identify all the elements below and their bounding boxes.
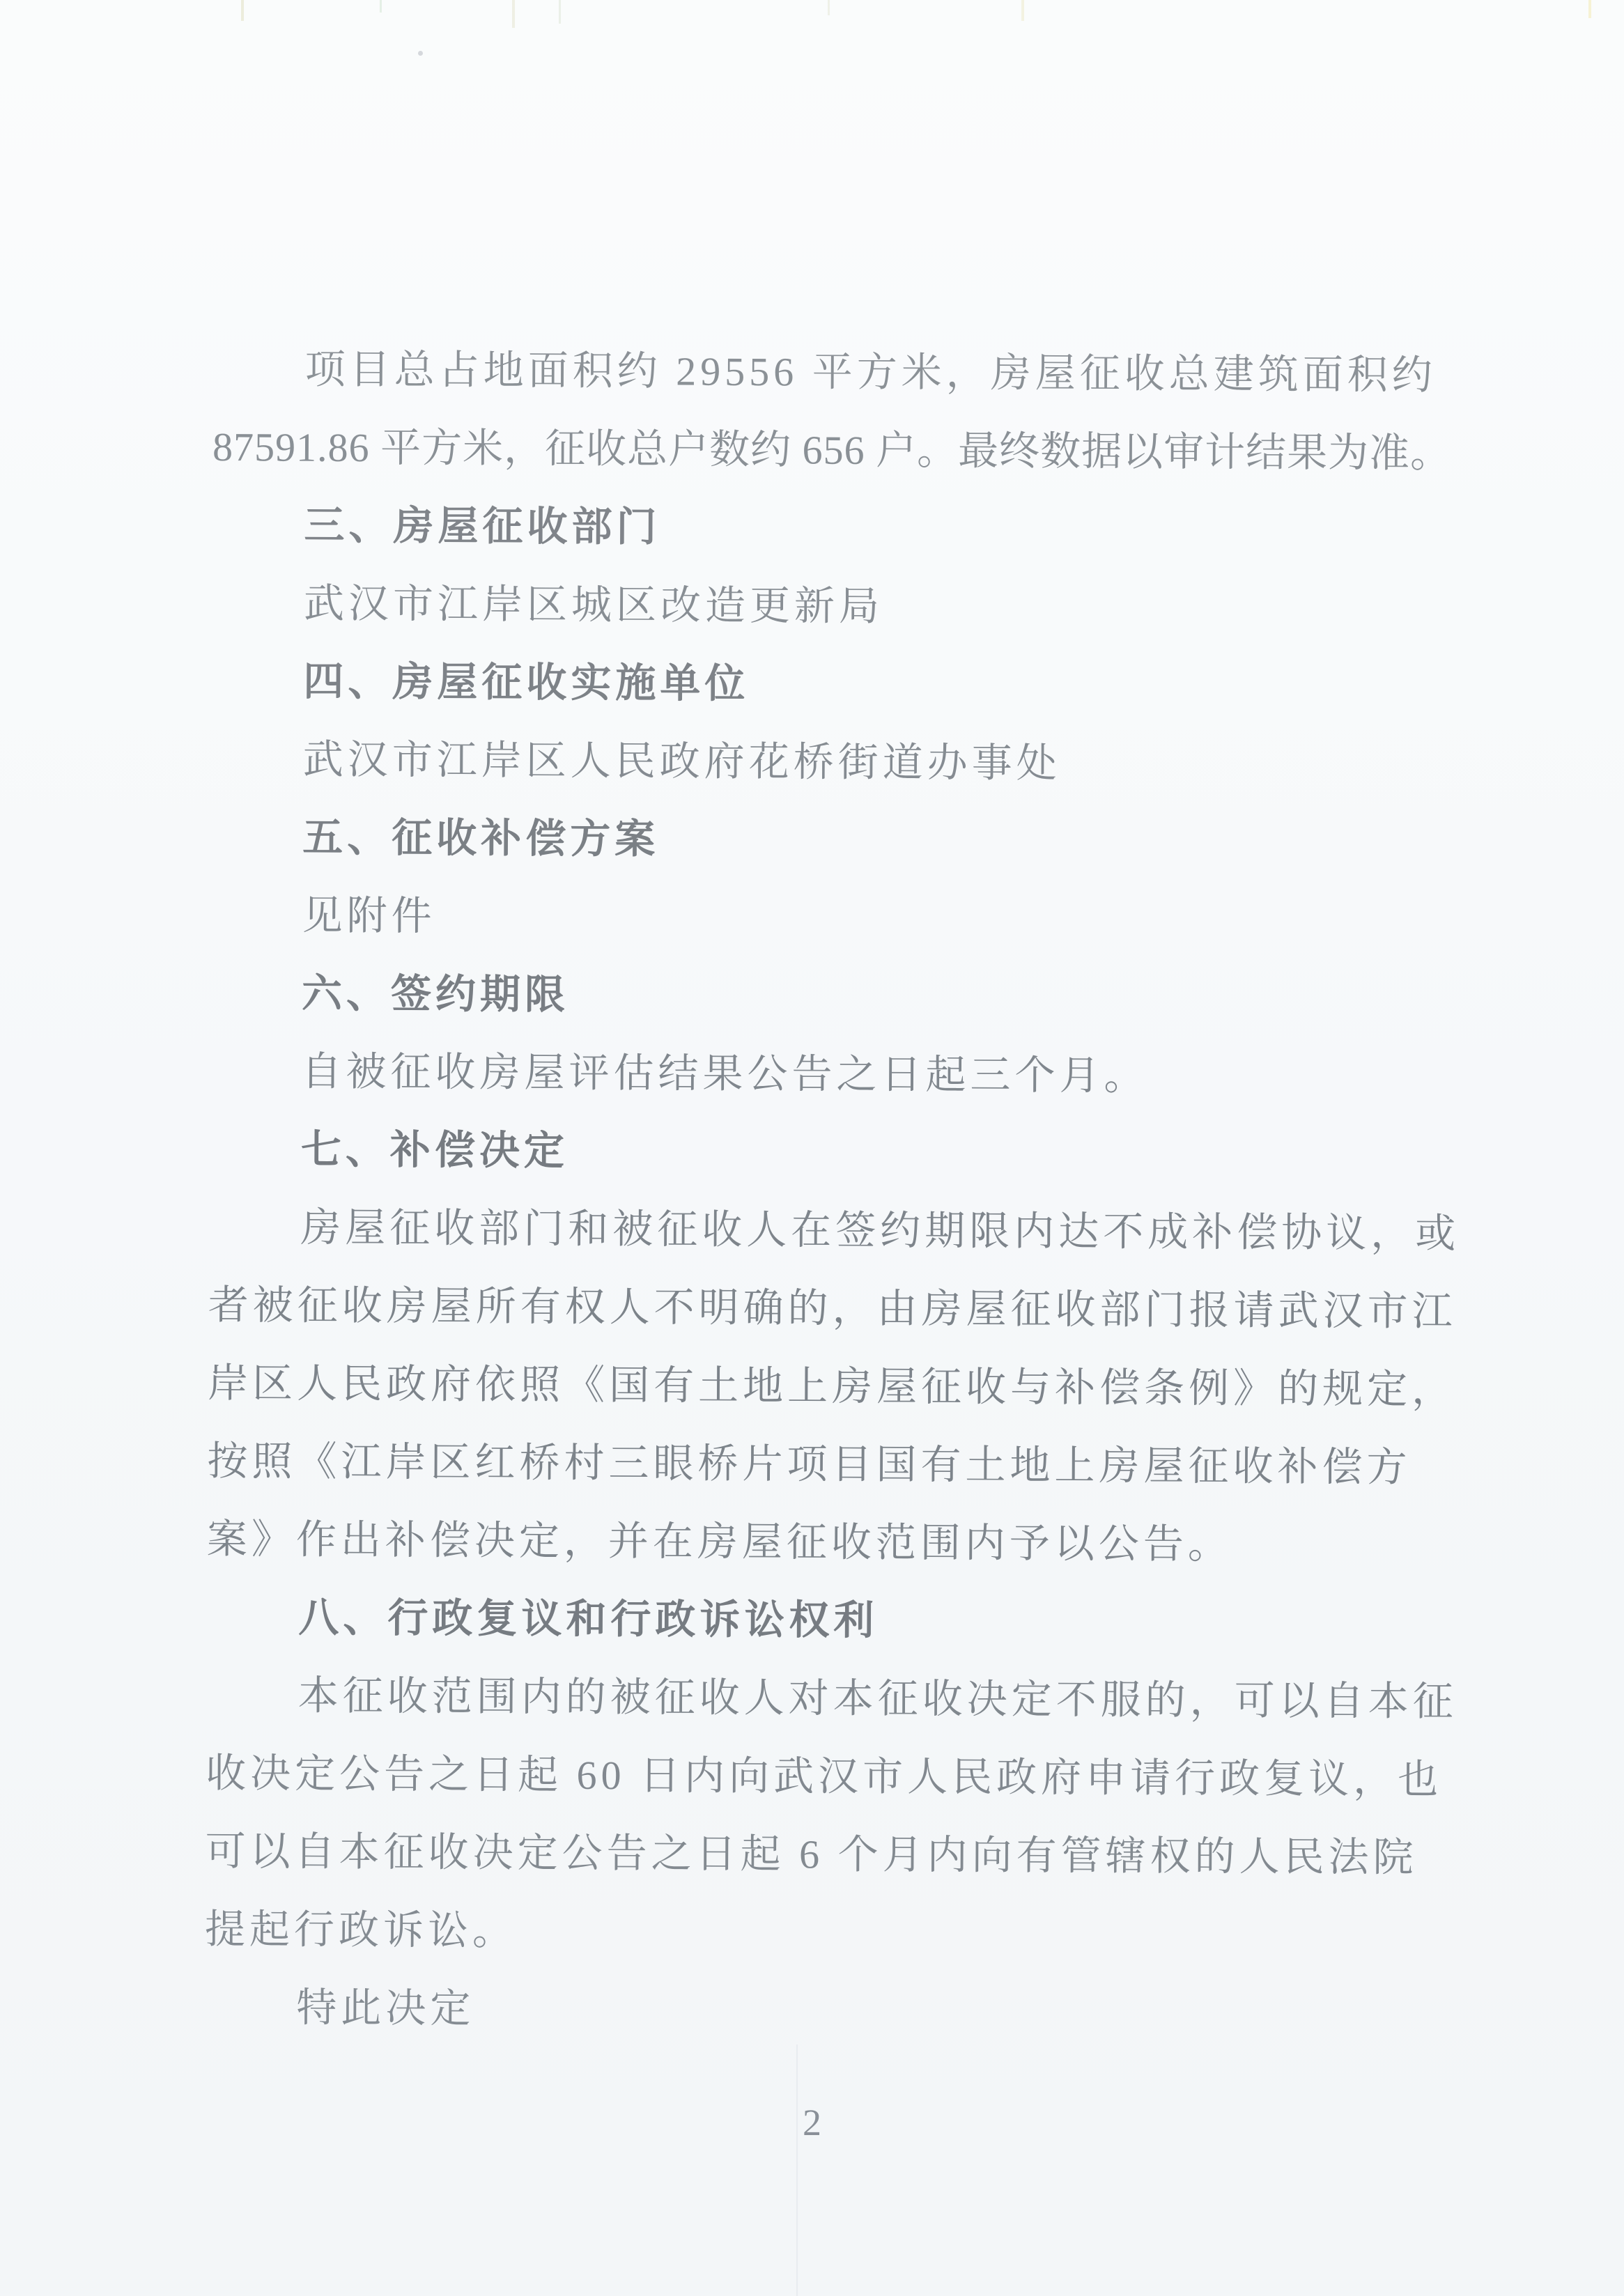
scan-noise-tick bbox=[559, 0, 561, 24]
paragraph-line: 者被征收房屋所有权人不明确的，由房屋征收部门报请武汉市江 bbox=[208, 1266, 1455, 1351]
paragraph-line: 收决定公告之日起 60 日内向武汉市人民政府申请行政复议，也 bbox=[206, 1735, 1453, 1819]
scan-noise-speck bbox=[418, 51, 423, 56]
page-number: 2 bbox=[0, 2084, 1624, 2161]
scan-noise-tick bbox=[1021, 0, 1024, 21]
section-heading: 七、补偿决定 bbox=[209, 1110, 1457, 1195]
paragraph-line: 87591.86 平方米，征收总户数约 656 户。最终数据以审计结果为准。 bbox=[212, 408, 1460, 492]
paragraph-line: 武汉市江岸区人民政府花桥街道办事处 bbox=[210, 720, 1458, 805]
paragraph-line: 案》作出补偿决定，并在房屋征收范围内予以公告。 bbox=[207, 1500, 1455, 1585]
section-heading: 五、征收补偿方案 bbox=[210, 798, 1458, 883]
paragraph-line: 特此决定 bbox=[204, 1969, 1452, 2053]
paragraph-line: 提起行政诉讼。 bbox=[205, 1891, 1453, 1975]
paragraph-line: 岸区人民政府依照《国有土地上房屋征收与补偿条例》的规定， bbox=[208, 1344, 1455, 1429]
scanned-document-page: 项目总占地面积约 29556 平方米，房屋征收总建筑面积约 87591.86 平… bbox=[0, 0, 1624, 2296]
scan-noise-tick bbox=[828, 0, 830, 15]
scan-noise-tick bbox=[380, 0, 382, 13]
section-heading: 六、签约期限 bbox=[210, 954, 1457, 1039]
scan-noise-tick bbox=[512, 0, 515, 28]
paragraph-line: 房屋征收部门和被征收人在签约期限内达不成补偿协议，或 bbox=[208, 1188, 1456, 1273]
scan-noise-streak bbox=[796, 2045, 798, 2296]
document-body: 项目总占地面积约 29556 平方米，房屋征收总建筑面积约 87591.86 平… bbox=[204, 330, 1460, 2053]
paragraph-line: 见附件 bbox=[210, 876, 1457, 961]
paragraph-line: 武汉市江岸区城区改造更新局 bbox=[212, 564, 1460, 649]
paragraph-line: 按照《江岸区红桥村三眼桥片项目国有土地上房屋征收补偿方 bbox=[207, 1422, 1455, 1507]
paragraph-line: 可以自本征收决定公告之日起 6 个月内向有管辖权的人民法院 bbox=[205, 1813, 1453, 1897]
paragraph-line: 项目总占地面积约 29556 平方米，房屋征收总建筑面积约 bbox=[212, 330, 1460, 414]
scan-noise-tick bbox=[1588, 0, 1591, 18]
scan-noise-tick bbox=[241, 0, 244, 21]
section-heading: 八、行政复议和行政诉讼权利 bbox=[206, 1578, 1454, 1663]
section-heading: 四、房屋征收实施单位 bbox=[211, 642, 1459, 727]
paragraph-line: 自被征收房屋评估结果公告之日起三个月。 bbox=[209, 1032, 1457, 1117]
section-heading: 三、房屋征收部门 bbox=[212, 486, 1460, 571]
paragraph-line: 本征收范围内的被征收人对本征收决定不服的，可以自本征 bbox=[206, 1657, 1453, 1741]
